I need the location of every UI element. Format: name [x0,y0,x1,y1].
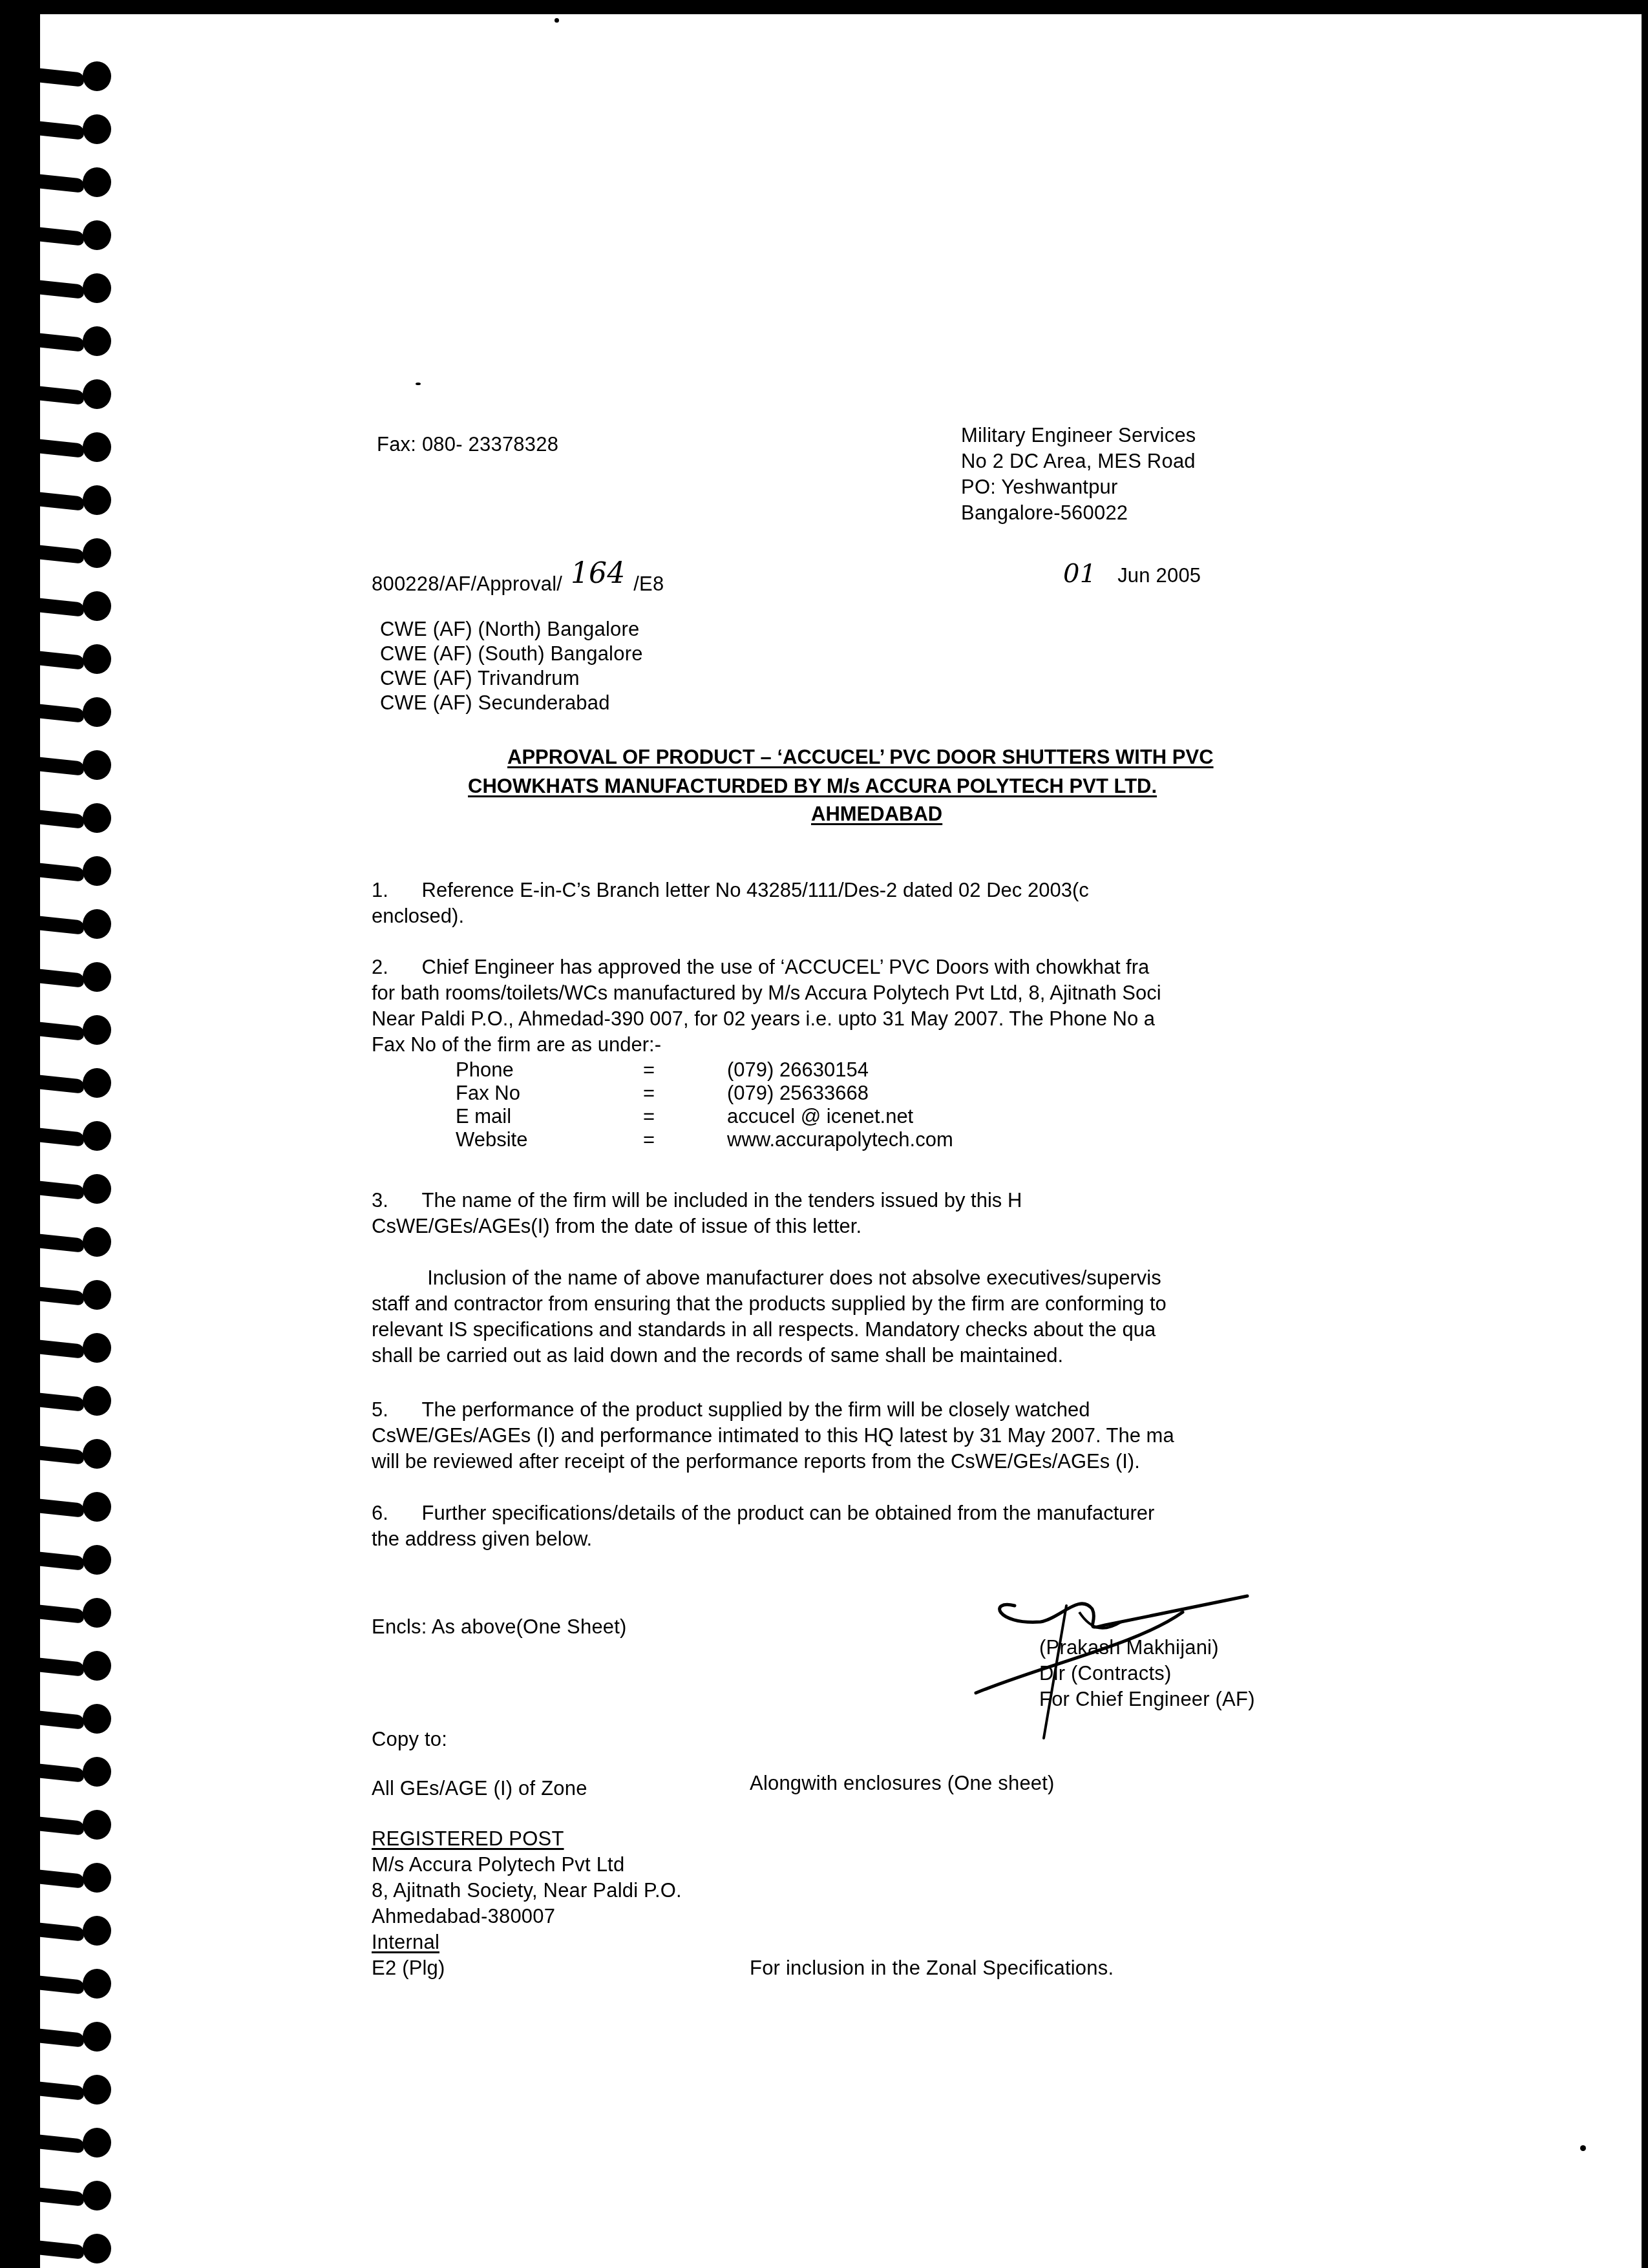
contact-row: Phone=(079) 26630154 [456,1058,869,1082]
paragraph-4: Inclusion of the name of above manufactu… [372,1265,1364,1369]
binding-coil [13,1598,97,1629]
address-line: M/s Accura Polytech Pvt Ltd [372,1852,682,1878]
binding-coil [13,591,97,622]
binding-coil [13,220,97,251]
binding-coil [13,803,97,834]
binding-coil [13,1386,97,1417]
contact-label: E mail [456,1105,643,1128]
paragraph-5: 5. The performance of the product suppli… [372,1397,1364,1475]
contact-separator: = [643,1105,727,1128]
binding-coil [13,2181,97,2212]
signatory-name: (Prakash Makhijani) [1039,1635,1255,1661]
binding-coil [13,379,97,410]
paragraph-line: for bath rooms/toilets/WCs manufactured … [372,980,1364,1006]
binding-coil [13,1704,97,1735]
contact-row: Website=www.accurapolytech.com [456,1128,953,1151]
binding-coil [13,2128,97,2159]
binding-coil [13,1121,97,1152]
scan-speck [1580,2145,1586,2151]
addressee: CWE (AF) Trivandrum [380,666,643,691]
binding-coil [13,856,97,887]
internal-recipient: E2 (Plg) [372,1955,682,1981]
binding-coil [13,1757,97,1788]
address-line: No 2 DC Area, MES Road [961,448,1196,474]
binding-coil [13,750,97,781]
contact-label: Phone [456,1058,643,1082]
reference-prefix: 800228/AF/Approval/ [372,572,562,595]
paragraph-2: 2. Chief Engineer has approved the use o… [372,954,1364,1058]
scan-speck [555,18,559,23]
binding-coil [13,1174,97,1205]
internal-note: For inclusion in the Zonal Specification… [750,1955,1114,1981]
addressee: CWE (AF) (North) Bangalore [380,617,643,642]
binding-coil [13,538,97,569]
address-line: Ahmedabad-380007 [372,1904,682,1929]
subject-line-3: AHMEDABAD [811,801,942,827]
paragraph-line: Inclusion of the name of above manufactu… [372,1265,1364,1291]
internal-heading: Internal [372,1929,682,1955]
binding-coil [13,1810,97,1841]
paragraph-line: 2. Chief Engineer has approved the use o… [372,954,1364,980]
reference-number: 800228/AF/Approval/ 164 /E8 [372,569,664,597]
address-line: Military Engineer Services [961,423,1196,448]
paragraph-1: 1. Reference E-in-C’s Branch letter No 4… [372,877,1364,929]
addressee: CWE (AF) Secunderabad [380,691,643,715]
contact-label: Fax No [456,1082,643,1105]
handwritten-reference: 164 [571,557,626,590]
copy-to-note: Alongwith enclosures (One sheet) [750,1770,1055,1796]
address-line: Bangalore-560022 [961,500,1196,526]
subject-line-1: APPROVAL OF PRODUCT – ‘ACCUCEL’ PVC DOOR… [507,744,1214,770]
subject-line-2: CHOWKHATS MANUFACTURDED BY M/s ACCURA PO… [468,773,1157,799]
contact-label: Website [456,1128,643,1151]
binding-coil [13,644,97,675]
contact-separator: = [643,1082,727,1105]
paragraph-line: the address given below. [372,1526,1364,1552]
date-month-year: Jun 2005 [1117,564,1201,587]
binding-coil [13,2234,97,2265]
binding-coil [13,61,97,92]
contact-separator: = [643,1128,727,1151]
binding-coil [13,1280,97,1311]
binding-coil [13,909,97,940]
paragraph-line: 5. The performance of the product suppli… [372,1397,1364,1423]
paragraph-line: will be reviewed after receipt of the pe… [372,1449,1364,1475]
binding-coil [13,326,97,357]
binding-coil [13,485,97,516]
letter-date: 01 Jun 2005 [1063,561,1201,589]
handwritten-day: 01 [1063,559,1096,589]
copy-to-heading: Copy to: [372,1727,447,1752]
scan-speck [416,383,421,385]
binding-coil [13,273,97,304]
binding-coil [13,1492,97,1523]
binding-coil [13,2075,97,2106]
addressee-list: CWE (AF) (North) Bangalore CWE (AF) (Sou… [380,617,643,715]
registered-post-block: REGISTERED POST M/s Accura Polytech Pvt … [372,1826,682,1981]
paragraph-line: CsWE/GEs/AGEs(I) from the date of issue … [372,1213,1364,1239]
contact-value: (079) 25633668 [727,1082,869,1104]
contact-value: accucel @ icenet.net [727,1105,913,1128]
binding-coil [13,1651,97,1682]
binding-coil [13,2022,97,2053]
address-line: PO: Yeshwantpur [961,474,1196,500]
contact-value: www.accurapolytech.com [727,1128,953,1151]
signatory-for: For Chief Engineer (AF) [1039,1686,1255,1712]
contact-row: Fax No=(079) 25633668 [456,1082,869,1105]
contact-value: (079) 26630154 [727,1058,869,1081]
binding-coil [13,1863,97,1894]
signatory-block: (Prakash Makhijani) Dir (Contracts) For … [1039,1635,1255,1712]
paragraph-line: relevant IS specifications and standards… [372,1317,1364,1343]
binding-coil [13,1333,97,1364]
fax-number: Fax: 080- 23378328 [377,432,558,457]
addressee: CWE (AF) (South) Bangalore [380,642,643,666]
copy-to-recipient: All GEs/AGE (I) of Zone [372,1776,587,1801]
paragraph-3: 3. The name of the firm will be included… [372,1188,1364,1239]
binding-coil [13,1545,97,1576]
binding-coil [13,962,97,993]
binding-coil [13,1439,97,1470]
sender-address: Military Engineer Services No 2 DC Area,… [961,423,1196,526]
binding-coil [13,114,97,145]
registered-post-heading: REGISTERED POST [372,1826,682,1852]
paragraph-line: 6. Further specifications/details of the… [372,1500,1364,1526]
binding-coil [13,432,97,463]
paragraph-line: staff and contractor from ensuring that … [372,1291,1364,1317]
binding-coil [13,1969,97,2000]
paragraph-line: enclosed). [372,903,1364,929]
contact-separator: = [643,1058,727,1082]
paragraph-line: shall be carried out as laid down and th… [372,1343,1364,1369]
reference-suffix: /E8 [633,572,664,595]
binding-coil [13,1068,97,1099]
binding-coil [13,1227,97,1258]
paragraph-line: Near Paldi P.O., Ahmedad-390 007, for 02… [372,1006,1364,1032]
paragraph-line: CsWE/GEs/AGEs (I) and performance intima… [372,1423,1364,1449]
binding-coil [13,1015,97,1046]
binding-coil [13,1916,97,1947]
contact-row: E mail=accucel @ icenet.net [456,1105,913,1128]
binding-coil [13,697,97,728]
signatory-designation: Dir (Contracts) [1039,1661,1255,1686]
paragraph-line: 3. The name of the firm will be included… [372,1188,1364,1213]
paragraph-6: 6. Further specifications/details of the… [372,1500,1364,1552]
enclosure-note: Encls: As above(One Sheet) [372,1614,627,1640]
binding-coil [13,167,97,198]
paragraph-line: Fax No of the firm are as under:- [372,1032,1364,1058]
address-line: 8, Ajitnath Society, Near Paldi P.O. [372,1878,682,1904]
paragraph-line: 1. Reference E-in-C’s Branch letter No 4… [372,877,1364,903]
